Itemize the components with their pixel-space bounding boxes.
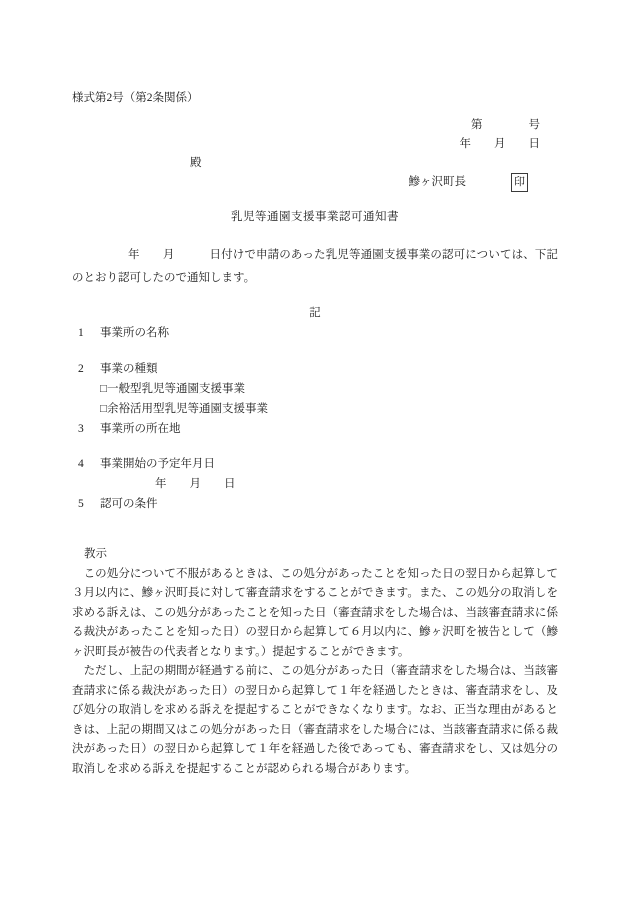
opening-paragraph: 年 月 日付けで申請のあった乳児等通園支援事業の認可については、下記のとおり認可… [72,244,558,290]
appeal-paragraph-2: ただし、上記の期間が経過する前に、この処分があった日（審査請求をした場合は、当該… [72,662,558,779]
issuer-row: 鰺ヶ沢町長 印 [72,173,558,192]
document-page: 様式第2号（第2条関係） 第 号 年 月 日 殿 鰺ヶ沢町長 印 乳児等通園支援… [0,0,630,903]
list-item-business-name: 1事業所の名称 [72,323,558,343]
document-title: 乳児等通園支援事業認可通知書 [72,206,558,228]
appeal-instructions-section: 教示 この処分について不服があるときは、この処分があったことを知った日の翌日から… [72,545,558,779]
addressee-honorific: 殿 [190,157,202,169]
appeal-paragraph-1: この処分について不服があるときは、この処分があったことを知った日の翌日から起算し… [72,565,558,663]
addressee-row: 殿 [72,154,558,173]
seal-character: 印 [514,177,525,188]
checkbox-unchecked-icon: □ [100,403,107,415]
issuer-name: 鰺ヶ沢町長 [409,173,467,192]
list-item-start-date: 4事業開始の予定年月日 [72,454,558,474]
item-number: 5 [78,494,100,514]
issue-date-line: 年 月 日 [72,135,540,154]
item-label: 事業所の名称 [100,327,169,339]
item-label: 認可の条件 [100,498,158,510]
start-date-blank: 年 月 日 [72,474,558,494]
business-type-option-surplus: □余裕活用型乳児等通園支援事業 [72,399,558,419]
seal-box: 印 [511,173,528,192]
item-number: 1 [78,323,100,343]
document-number-date-block: 第 号 年 月 日 [72,116,558,154]
item-label: 事業の種類 [100,363,158,375]
item-number: 2 [78,359,100,379]
document-content: 様式第2号（第2条関係） 第 号 年 月 日 殿 鰺ヶ沢町長 印 乳児等通園支援… [0,0,630,779]
item-number: 3 [78,419,100,439]
business-type-option-general: □一般型乳児等通園支援事業 [72,379,558,399]
appeal-instructions-heading: 教示 [72,545,558,565]
form-number-label: 様式第2号（第2条関係） [72,89,558,108]
list-item-business-type: 2事業の種類 [72,359,558,379]
list-item-approval-conditions: 5認可の条件 [72,494,558,514]
item-number: 4 [78,454,100,474]
item-label: 事業開始の予定年月日 [100,458,215,470]
record-marker: 記 [72,303,558,323]
item-label: 事業所の所在地 [100,423,181,435]
document-number-line: 第 号 [72,116,540,135]
checkbox-unchecked-icon: □ [100,383,107,395]
option-label: 一般型乳児等通園支援事業 [107,383,245,395]
list-item-business-address: 3事業所の所在地 [72,419,558,439]
option-label: 余裕活用型乳児等通園支援事業 [107,403,268,415]
